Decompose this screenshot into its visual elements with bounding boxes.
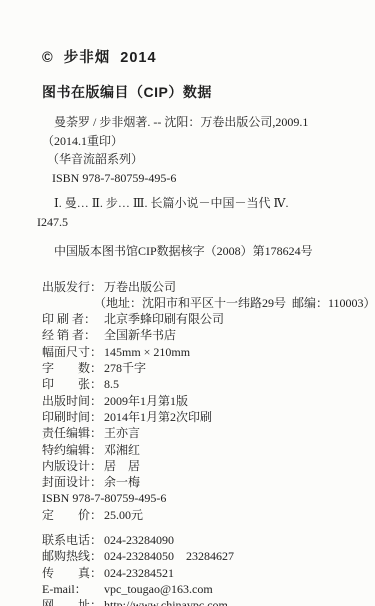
row-value: 邓湘红 xyxy=(104,442,355,458)
row-label: 幅面尺寸： xyxy=(42,344,104,360)
info-row: 印 刷 者：北京季蜂印刷有限公司 xyxy=(42,311,355,327)
row-label: 出版时间： xyxy=(42,393,104,409)
row-label: E-mail： xyxy=(42,581,104,597)
row-value: （地址：沈阳市和平区十一纬路29号 邮编：110003） xyxy=(94,295,375,311)
row-value: 25.00元 xyxy=(104,507,355,523)
cip-line: ISBN 978-7-80759-495-6 xyxy=(42,169,355,188)
row-label: 内版设计： xyxy=(42,458,104,474)
row-value: 居 居 xyxy=(104,458,355,474)
info-row: 邮购热线：024-23284050 23284627 xyxy=(42,548,355,564)
copyright-notice: © 步非烟 2014 xyxy=(42,46,355,67)
book-copyright-page: © 步非烟 2014 图书在版编目（CIP）数据 曼荼罗 / 步非烟著. -- … xyxy=(0,0,375,606)
cip-line: 曼荼罗 / 步非烟著. -- 沈阳：万卷出版公司,2009.1 xyxy=(42,113,355,132)
row-value: 北京季蜂印刷有限公司 xyxy=(104,311,355,327)
info-row: 定 价：25.00元 xyxy=(42,507,355,523)
info-row: 特约编辑：邓湘红 xyxy=(42,442,355,458)
row-label: 印 刷 者： xyxy=(42,311,104,327)
info-row: 经 销 者：全国新华书店 xyxy=(42,327,355,343)
row-value: vpc_tougao@163.com xyxy=(104,581,355,597)
row-label: 邮购热线： xyxy=(42,548,104,564)
info-row: 印刷时间：2014年1月第2次印刷 xyxy=(42,409,355,425)
row-value: 278千字 xyxy=(104,360,355,376)
row-value: 8.5 xyxy=(104,376,355,392)
info-row: 印 张：8.5 xyxy=(42,376,355,392)
row-label: 联系电话： xyxy=(42,532,104,548)
info-row: 封面设计：余一梅 xyxy=(42,474,355,490)
colophon-block: 出版发行：万卷出版公司 （地址：沈阳市和平区十一纬路29号 邮编：110003）… xyxy=(42,279,355,523)
row-value: 2014年1月第2次印刷 xyxy=(104,409,355,425)
cip-line: （华音流韶系列） xyxy=(42,150,355,169)
info-row: 字 数：278千字 xyxy=(42,360,355,376)
row-label: 出版发行： xyxy=(42,279,104,295)
cip-header: 图书在版编目（CIP）数据 xyxy=(42,82,355,102)
row-label: 封面设计： xyxy=(42,474,104,490)
row-label: 印刷时间： xyxy=(42,409,104,425)
info-row: 网 址：http://www.chinavpc.com xyxy=(42,597,355,606)
row-label: 传 真： xyxy=(42,565,104,581)
info-row: 责任编辑：王亦言 xyxy=(42,425,355,441)
row-label: 定 价： xyxy=(42,507,104,523)
row-value: 2009年1月第1版 xyxy=(104,393,355,409)
row-value: 024-23284521 xyxy=(104,565,355,581)
info-row: 内版设计：居 居 xyxy=(42,458,355,474)
row-label: 责任编辑： xyxy=(42,425,104,441)
row-label: 印 张： xyxy=(42,376,104,392)
cip-line: I247.5 xyxy=(37,213,355,232)
info-row: E-mail：vpc_tougao@163.com xyxy=(42,581,355,597)
info-row: （地址：沈阳市和平区十一纬路29号 邮编：110003） xyxy=(42,295,355,311)
row-value: 024-23284090 xyxy=(104,532,355,548)
cip-line: Ⅰ. 曼… Ⅱ. 步… Ⅲ. 长篇小说－中国－当代 Ⅳ. xyxy=(42,194,355,213)
cip-register-number: 中国版本图书馆CIP数据核字（2008）第178624号 xyxy=(42,242,355,259)
info-row: 传 真：024-23284521 xyxy=(42,565,355,581)
info-row: 出版时间：2009年1月第1版 xyxy=(42,393,355,409)
row-value: 余一梅 xyxy=(104,474,355,490)
cip-line: （2014.1重印） xyxy=(42,132,355,151)
row-value: 024-23284050 23284627 xyxy=(104,548,355,564)
cip-data-block: 曼荼罗 / 步非烟著. -- 沈阳：万卷出版公司,2009.1 （2014.1重… xyxy=(42,113,355,232)
contact-block: 联系电话：024-23284090 邮购热线：024-23284050 2328… xyxy=(42,532,355,606)
info-row: ISBN 978-7-80759-495-6 xyxy=(42,490,355,506)
row-label: 经 销 者： xyxy=(42,327,104,343)
row-value: ISBN 978-7-80759-495-6 xyxy=(42,490,355,506)
info-row: 联系电话：024-23284090 xyxy=(42,532,355,548)
info-row: 出版发行：万卷出版公司 xyxy=(42,279,355,295)
row-label: 特约编辑： xyxy=(42,442,104,458)
row-value: 王亦言 xyxy=(104,425,355,441)
row-label: 网 址： xyxy=(42,597,104,606)
row-value: 145mm × 210mm xyxy=(104,344,355,360)
row-value: 全国新华书店 xyxy=(104,327,355,343)
row-value: 万卷出版公司 xyxy=(104,279,355,295)
row-label: 字 数： xyxy=(42,360,104,376)
info-row: 幅面尺寸：145mm × 210mm xyxy=(42,344,355,360)
row-value: http://www.chinavpc.com xyxy=(104,597,355,606)
